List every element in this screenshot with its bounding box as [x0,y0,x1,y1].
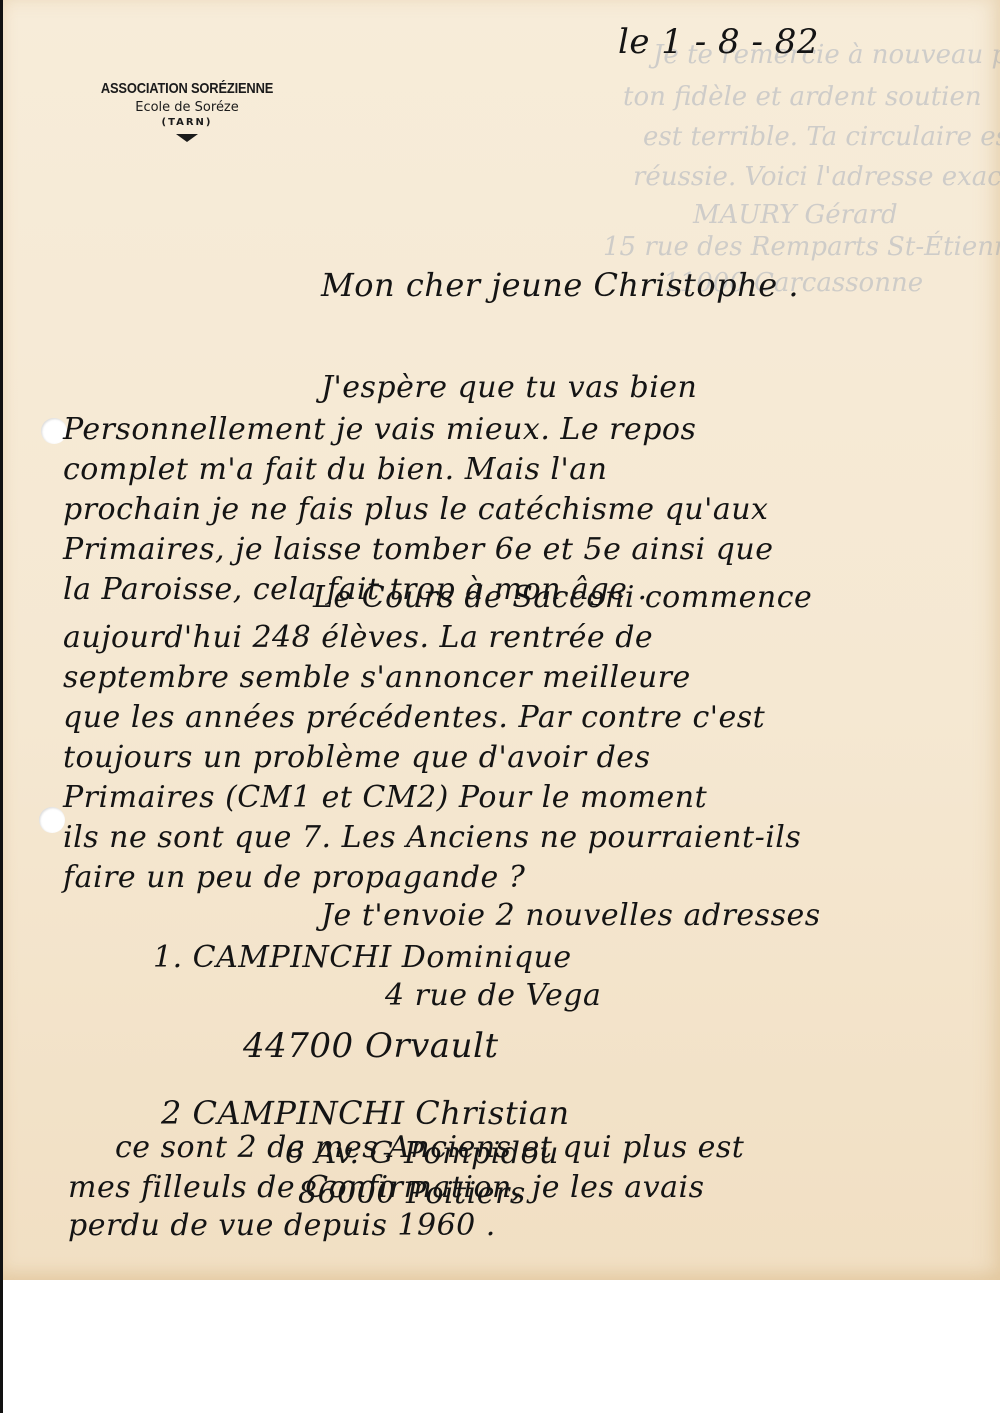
letterhead-arrow-icon [176,134,198,142]
letter-date: le 1 - 8 - 82 [618,22,819,62]
closing-line: mes filleuls de Confirmation, je les ava… [68,1170,705,1205]
address-1-name: 1. CAMPINCHI Dominique [153,940,572,975]
letter-page: Je te remercie à nouveau pour ton ton fi… [3,0,1000,1280]
body-line: prochain je ne fais plus le catéchisme q… [63,492,768,527]
body-line: ils ne sont que 7. Les Anciens ne pourra… [63,820,801,855]
body-line: que les années précédentes. Par contre c… [63,700,765,735]
punch-hole-bottom [39,807,65,833]
body-line: Personnellement je vais mieux. Le repos [63,412,696,447]
body-line: Primaires (CM1 et CM2) Pour le moment [63,780,707,815]
body-line: Le Cours de Sacconi commence [313,580,812,615]
address-1-street: 4 rue de Vega [385,978,601,1013]
bleed-through-line: réussie. Voici l'adresse exacte [633,162,1000,192]
address-2-name: 2 CAMPINCHI Christian [161,1094,570,1132]
bleed-through-line: est terrible. Ta circulaire est [643,122,1000,152]
letterhead-region: (TARN) [81,117,293,128]
address-2-index: 2 [161,1094,182,1132]
bleed-through-line: ton fidèle et ardent soutien [623,82,982,112]
letterhead-school: Ecole de Soréze [81,100,293,115]
body-line: Je t'envoie 2 nouvelles adresses [321,898,821,933]
body-line: septembre semble s'annoncer meilleure [63,660,691,695]
letterhead: ASSOCIATION SORÉZIENNE Ecole de Soréze (… [81,80,293,142]
salutation: Mon cher jeune Christophe . [321,266,799,304]
closing-line: ce sont 2 de mes Anciens et qui plus est [115,1130,744,1165]
body-line: toujours un problème que d'avoir des [63,740,650,775]
address-1-index: 1. [153,940,183,975]
bleed-through-line: MAURY Gérard [693,200,898,230]
body-line: Primaires, je laisse tomber 6e et 5e ain… [63,532,773,567]
closing-line: perdu de vue depuis 1960 . [68,1208,496,1243]
body-line: complet m'a fait du bien. Mais l'an [63,452,607,487]
bleed-through-line: 15 rue des Remparts St-Étienne [603,232,1000,262]
address-1-city: 44700 Orvault [243,1026,499,1066]
address-2-fullname: CAMPINCHI Christian [193,1094,570,1132]
address-1-fullname: CAMPINCHI Dominique [193,940,572,975]
body-line: J'espère que tu vas bien [321,370,697,405]
body-line: aujourd'hui 248 élèves. La rentrée de [63,620,653,655]
letterhead-organization: ASSOCIATION SORÉZIENNE [96,80,278,97]
body-line: faire un peu de propagande ? [63,860,525,895]
